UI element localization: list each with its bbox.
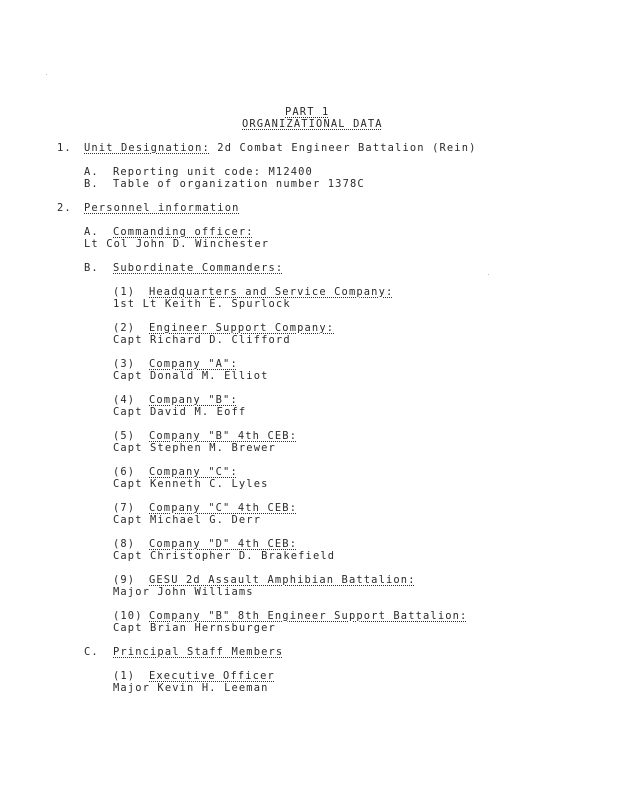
- list-item-name: Capt Kenneth C. Lyles: [113, 478, 269, 490]
- personnel-heading: Personnel information: [84, 202, 240, 214]
- part-title: PART 1: [285, 106, 329, 118]
- item-label: A.: [84, 226, 99, 238]
- part-subtitle: ORGANIZATIONAL DATA: [242, 118, 383, 130]
- list-item-number: (2): [113, 322, 135, 334]
- subordinate-commanders-heading: Subordinate Commanders:: [113, 262, 283, 274]
- principal-staff-heading: Principal Staff Members: [113, 646, 283, 658]
- list-item-unit: Executive Officer: [149, 670, 275, 682]
- item-label: B.: [84, 178, 99, 190]
- list-item-number: (6): [113, 466, 135, 478]
- list-item-number: (10): [113, 610, 143, 622]
- unit-designation-value: 2d Combat Engineer Battalion (Rein): [210, 142, 477, 154]
- list-item-name: Capt Richard D. Clifford: [113, 334, 291, 346]
- list-item-unit: Company "B":: [149, 394, 238, 406]
- list-item-number: (1): [113, 286, 135, 298]
- list-item-number: (5): [113, 430, 135, 442]
- commanding-officer-name: Lt Col John D. Winchester: [84, 238, 269, 250]
- reporting-unit-code: Reporting unit code: M12400: [113, 166, 313, 178]
- commanding-officer-heading: Commanding officer:: [113, 226, 254, 238]
- list-item-name: Capt Michael G. Derr: [113, 514, 261, 526]
- section-1-line: Unit Designation: 2d Combat Engineer Bat…: [84, 142, 477, 154]
- section-1-number: 1.: [57, 142, 72, 154]
- item-label: C.: [84, 646, 99, 658]
- section-2-number: 2.: [57, 202, 72, 214]
- list-item-unit: Company "A":: [149, 358, 238, 370]
- scan-speck: [46, 74, 47, 75]
- list-item-number: (7): [113, 502, 135, 514]
- table-of-organization: Table of organization number 1378C: [113, 178, 365, 190]
- list-item-number: (3): [113, 358, 135, 370]
- scan-speck: [488, 274, 489, 275]
- list-item-unit: Company "D" 4th CEB:: [149, 538, 297, 550]
- list-item-number: (4): [113, 394, 135, 406]
- list-item-name: Capt Christopher D. Brakefield: [113, 550, 335, 562]
- list-item-name: Capt Donald M. Elliot: [113, 370, 269, 382]
- scan-speck: [416, 621, 417, 622]
- list-item-unit: Company "B" 8th Engineer Support Battali…: [149, 610, 467, 622]
- list-item-name: Capt Stephen M. Brewer: [113, 442, 276, 454]
- list-item-unit: Company "B" 4th CEB:: [149, 430, 297, 442]
- list-item-name: 1st Lt Keith E. Spurlock: [113, 298, 291, 310]
- list-item-unit: Engineer Support Company:: [149, 322, 334, 334]
- item-label: A.: [84, 166, 99, 178]
- list-item-unit: Company "C":: [149, 466, 238, 478]
- list-item-unit: Company "C" 4th CEB:: [149, 502, 297, 514]
- list-item-unit: Headquarters and Service Company:: [149, 286, 393, 298]
- list-item-number: (1): [113, 670, 135, 682]
- list-item-name: Capt Brian Hernsburger: [113, 622, 276, 634]
- list-item-number: (8): [113, 538, 135, 550]
- list-item-name: Major John Williams: [113, 586, 254, 598]
- list-item-unit: GESU 2d Assault Amphibian Battalion:: [149, 574, 416, 586]
- item-label: B.: [84, 262, 99, 274]
- list-item-number: (9): [113, 574, 135, 586]
- list-item-name: Capt David M. Eoff: [113, 406, 246, 418]
- list-item-name: Major Kevin H. Leeman: [113, 682, 269, 694]
- unit-designation-heading: Unit Designation:: [84, 142, 210, 154]
